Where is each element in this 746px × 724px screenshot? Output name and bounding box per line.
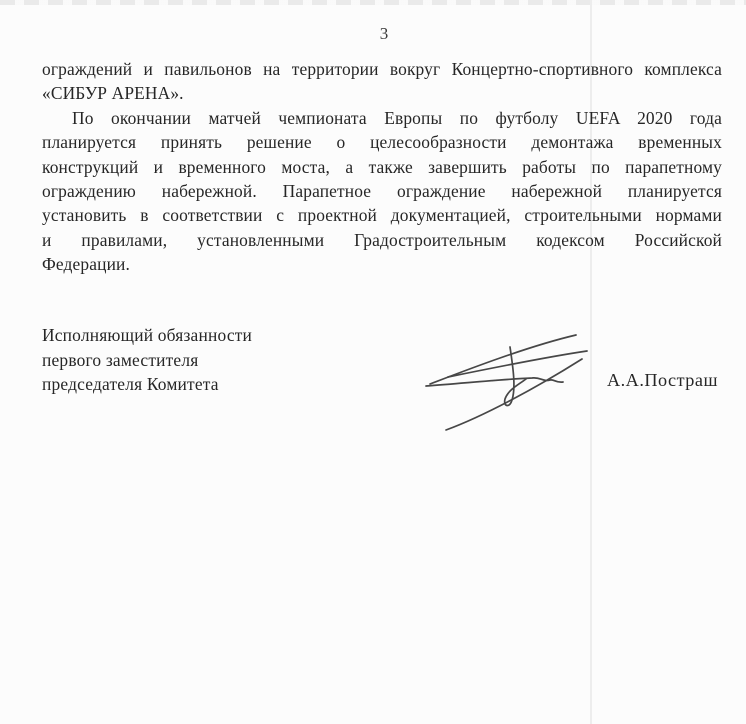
page-number: 3 (11, 24, 746, 44)
document-page: 3 ограждений и павильонов на территории … (0, 0, 746, 724)
text-line: и правилами, установленными Градостроите… (42, 228, 722, 252)
scan-edge-artifact (0, 0, 746, 5)
text-line: Федерации. (42, 252, 722, 276)
signatory-role-line: председателя Комитета (42, 372, 252, 397)
text-line: конструкций и временного моста, а также … (42, 155, 722, 179)
text-line: ограждению набережной. Парапетное огражд… (42, 179, 722, 203)
text-line: «СИБУР АРЕНА». (42, 81, 722, 105)
signatory-role-line: Исполняющий обязанности (42, 323, 252, 348)
signature-stroke (426, 378, 563, 386)
signatory-role-line: первого заместителя (42, 348, 252, 373)
text-line: установить в соответствии с проектной до… (42, 203, 722, 227)
text-line: ограждений и павильонов на территории во… (42, 57, 722, 81)
signatory-title-block: Исполняющий обязанностипервого заместите… (42, 323, 252, 397)
text-line: планируется принять решение о целесообра… (42, 130, 722, 154)
signature-stroke (448, 351, 587, 377)
signer-name: А.А.Постраш (607, 370, 718, 391)
text-line: По окончании матчей чемпионата Европы по… (42, 106, 722, 130)
body-text: ограждений и павильонов на территории во… (42, 57, 722, 277)
handwritten-signature (424, 331, 596, 435)
